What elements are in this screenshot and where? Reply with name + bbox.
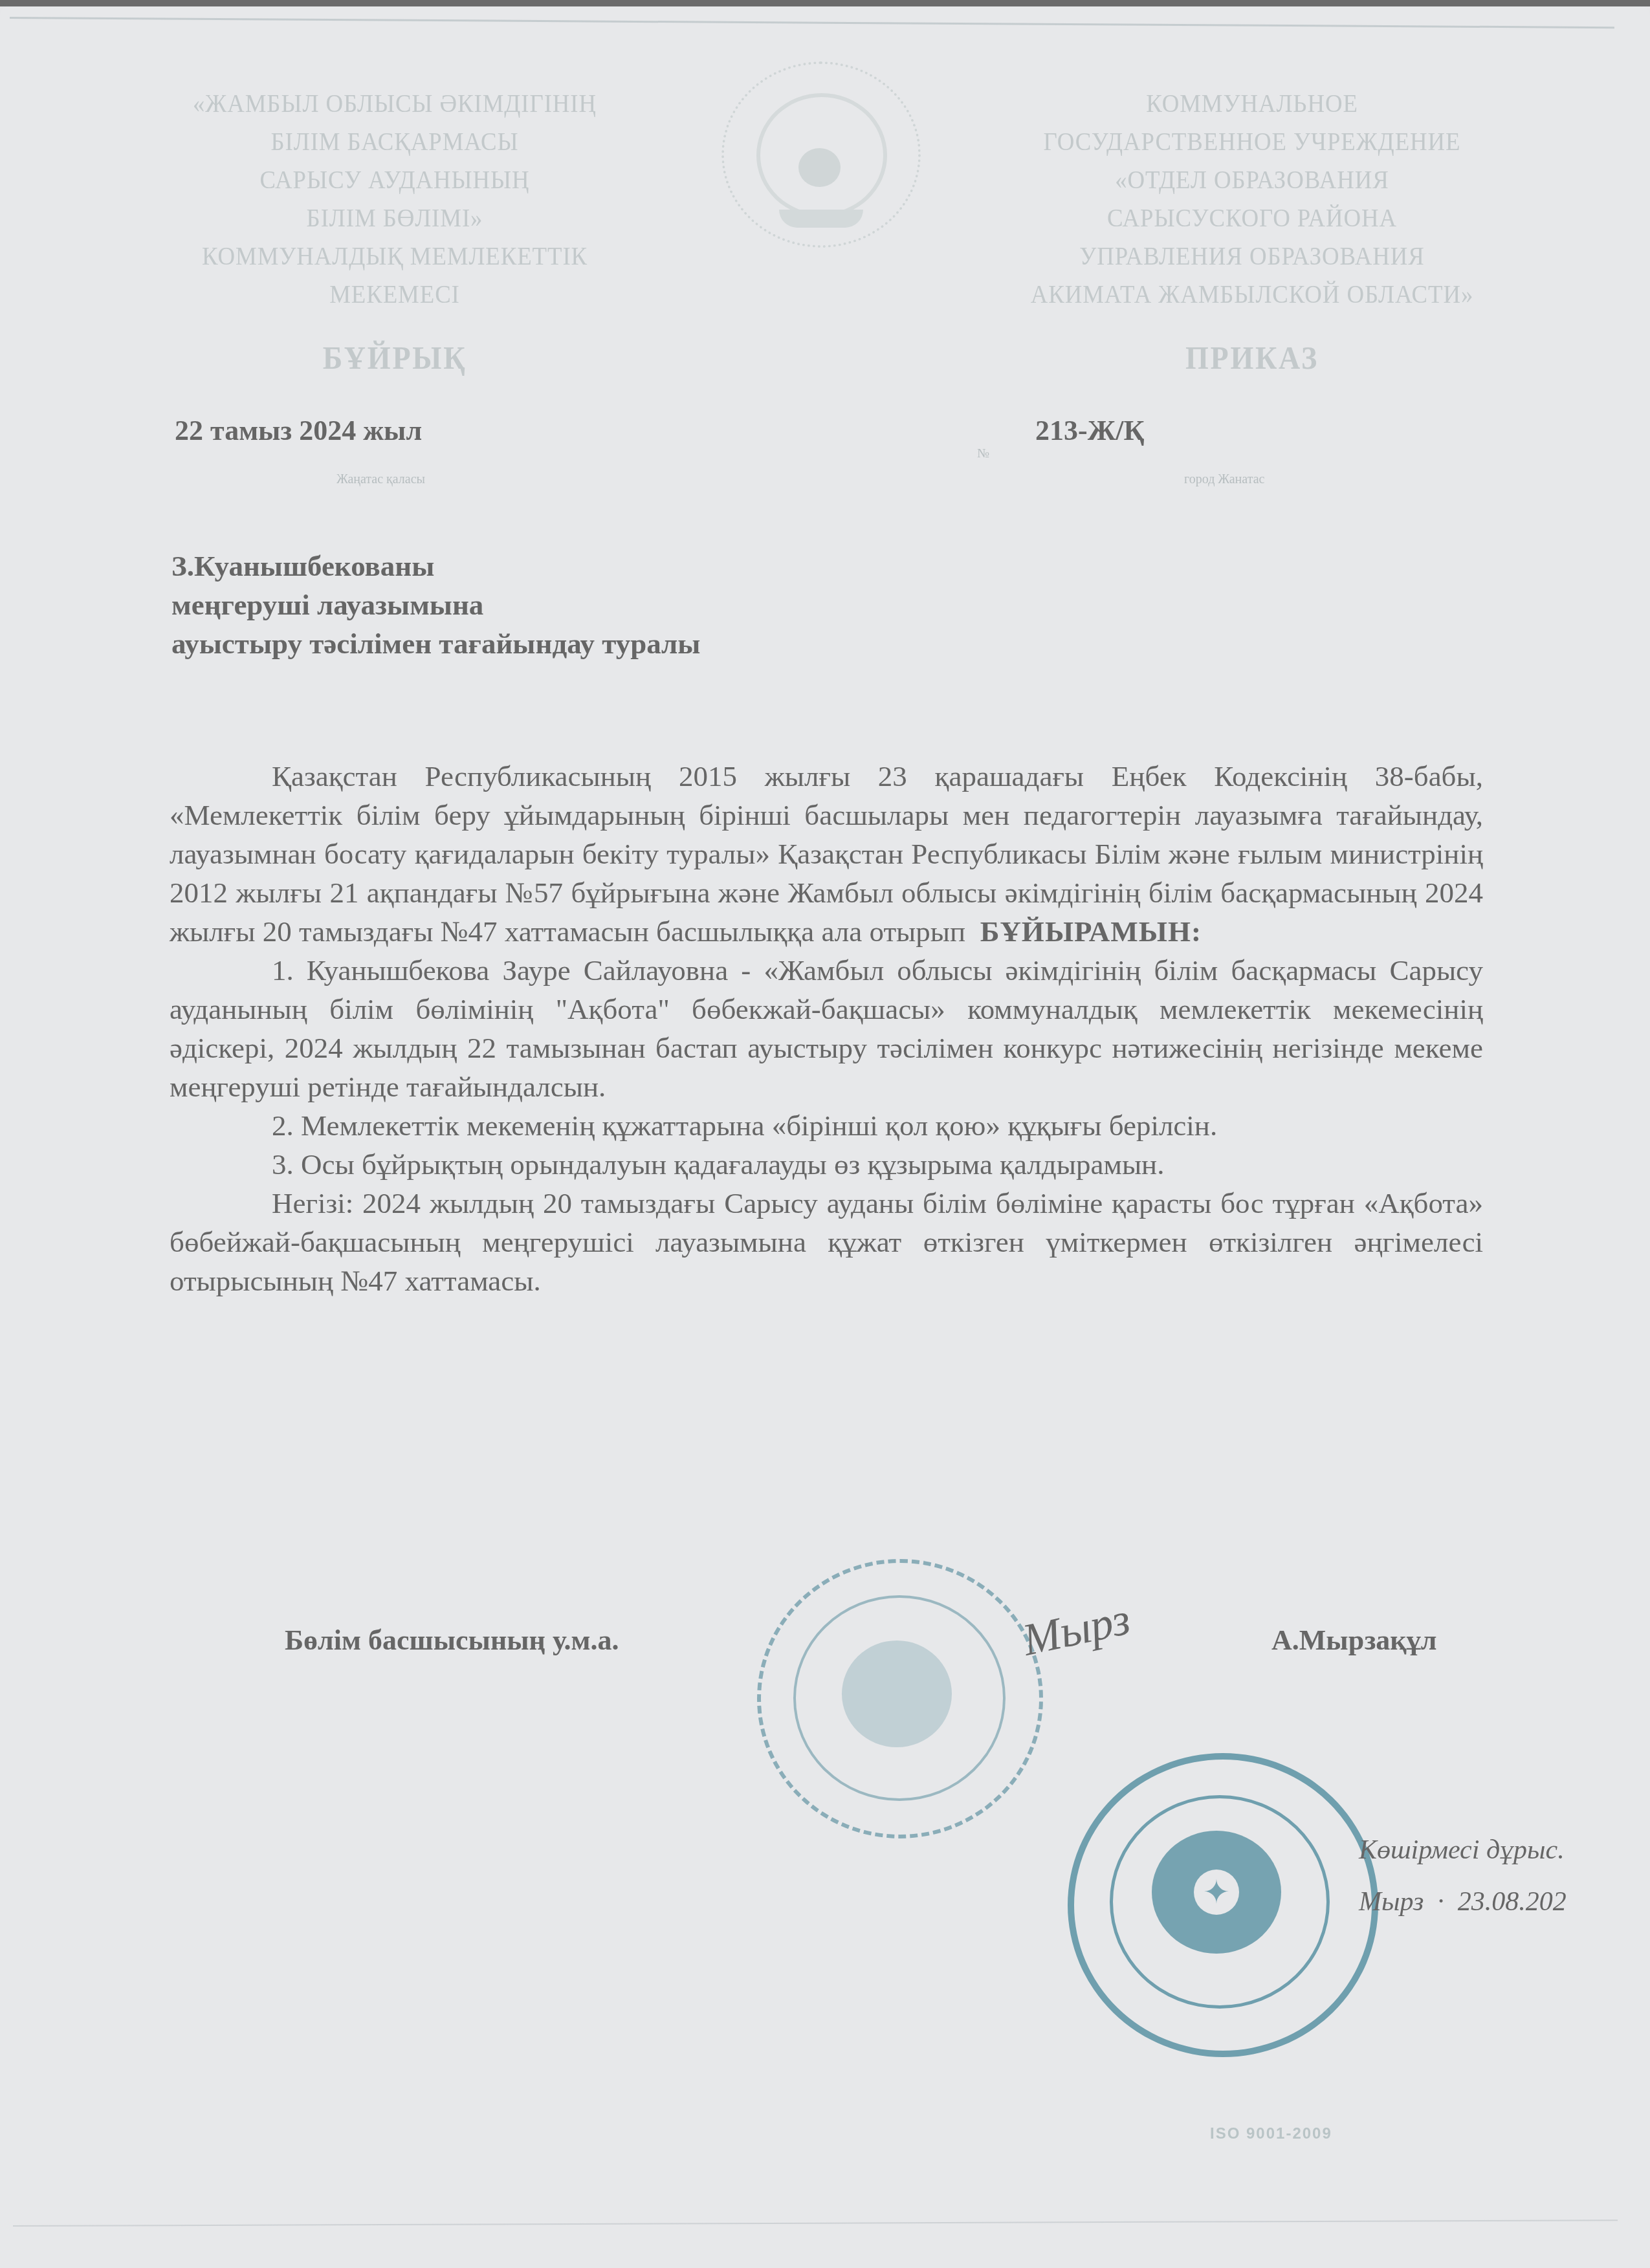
letterhead-line: САРЫСУ АУДАНЫНЫҢ bbox=[127, 160, 663, 199]
order-item-1: 1. Куанышбекова Зауре Сайлауовна - «Жамб… bbox=[170, 951, 1483, 1106]
emblem-center bbox=[798, 148, 841, 187]
subject-line: ауыстыру тәсілімен тағайындау туралы bbox=[171, 624, 700, 663]
subject-line: меңгеруші лауазымына bbox=[171, 585, 700, 624]
basis-paragraph: Негізі: 2024 жылдың 20 тамыздағы Сарысу … bbox=[170, 1184, 1483, 1300]
order-item-3: 3. Осы бұйрықтың орындалуын қадағалауды … bbox=[170, 1145, 1483, 1184]
emblem-ribbon bbox=[779, 210, 863, 228]
letterhead-line: БІЛІМ БӨЛІМІ» bbox=[127, 199, 663, 237]
number-sign: № bbox=[977, 446, 989, 461]
letterhead-line: БІЛІМ БАСҚАРМАСЫ bbox=[127, 122, 663, 160]
subject-line: З.Куанышбекованы bbox=[171, 547, 700, 585]
letterhead-line: МЕКЕМЕСІ bbox=[127, 275, 663, 313]
seal-emblem-icon bbox=[842, 1641, 952, 1747]
letterhead-line: «ОТДЕЛ ОБРАЗОВАНИЯ bbox=[951, 160, 1552, 199]
signatory-title: Бөлім басшысының у.м.а. bbox=[285, 1624, 619, 1657]
preamble-text: Қазақстан Республикасының 2015 жылғы 23 … bbox=[170, 760, 1483, 948]
doc-type-kazakh: БҰЙРЫҚ bbox=[127, 339, 663, 377]
preamble-paragraph: Қазақстан Республикасының 2015 жылғы 23 … bbox=[170, 757, 1483, 951]
letterhead-line: КОММУНАЛДЫҚ МЕМЛЕКЕТТІК bbox=[127, 237, 663, 275]
seal-star-icon: ✦ bbox=[1194, 1870, 1239, 1915]
certification-signature: Мырз bbox=[1359, 1887, 1424, 1917]
copy-certification: Көшірмесі дұрыс. Мырз · 23.08.202 bbox=[1359, 1824, 1567, 1928]
place-russian: город Жанатас bbox=[1184, 472, 1264, 487]
certification-seal-stamp: ✦ bbox=[1068, 1753, 1378, 2057]
order-word: БҰЙЫРАМЫН: bbox=[980, 915, 1202, 948]
state-emblem-icon bbox=[721, 61, 921, 248]
certification-note: Көшірмесі дұрыс. bbox=[1359, 1824, 1567, 1876]
doc-type-russian: ПРИКАЗ bbox=[951, 339, 1552, 377]
signatory-name: А.Мырзақұл bbox=[1271, 1624, 1436, 1657]
iso-certification-mark: ISO 9001-2009 bbox=[1210, 2125, 1332, 2143]
letterhead-line: САРЫСУСКОГО РАЙОНА bbox=[951, 199, 1552, 237]
letterhead-line: «ЖАМБЫЛ ОБЛЫСЫ ӘКІМДІГІНІҢ bbox=[127, 84, 663, 122]
order-date: 22 тамыз 2024 жыл bbox=[175, 414, 422, 447]
letterhead-line: КОММУНАЛЬНОЕ bbox=[951, 84, 1552, 122]
scan-top-border bbox=[0, 0, 1650, 6]
letterhead-line: АКИМАТА ЖАМБЫЛСКОЙ ОБЛАСТИ» bbox=[951, 275, 1552, 313]
order-item-2: 2. Мемлекеттік мекеменің құжаттарына «бі… bbox=[170, 1106, 1483, 1145]
certification-date: 23.08.202 bbox=[1458, 1887, 1567, 1917]
certification-sign-date: Мырз · 23.08.202 bbox=[1359, 1876, 1567, 1928]
order-number: 213-Ж/Қ bbox=[1035, 414, 1144, 447]
letterhead-line: УПРАВЛЕНИЯ ОБРАЗОВАНИЯ bbox=[951, 237, 1552, 275]
letterhead-russian: КОММУНАЛЬНОЕ ГОСУДАРСТВЕННОЕ УЧРЕЖДЕНИЕ … bbox=[951, 84, 1552, 377]
place-kazakh: Жаңатас қаласы bbox=[336, 472, 425, 487]
official-seal-stamp bbox=[757, 1559, 1043, 1838]
order-body: Қазақстан Республикасының 2015 жылғы 23 … bbox=[170, 757, 1483, 1300]
letterhead-kazakh: «ЖАМБЫЛ ОБЛЫСЫ ӘКІМДІГІНІҢ БІЛІМ БАСҚАРМ… bbox=[127, 84, 663, 377]
order-subject: З.Куанышбекованы меңгеруші лауазымына ау… bbox=[171, 547, 700, 663]
letterhead-line: ГОСУДАРСТВЕННОЕ УЧРЕЖДЕНИЕ bbox=[951, 122, 1552, 160]
